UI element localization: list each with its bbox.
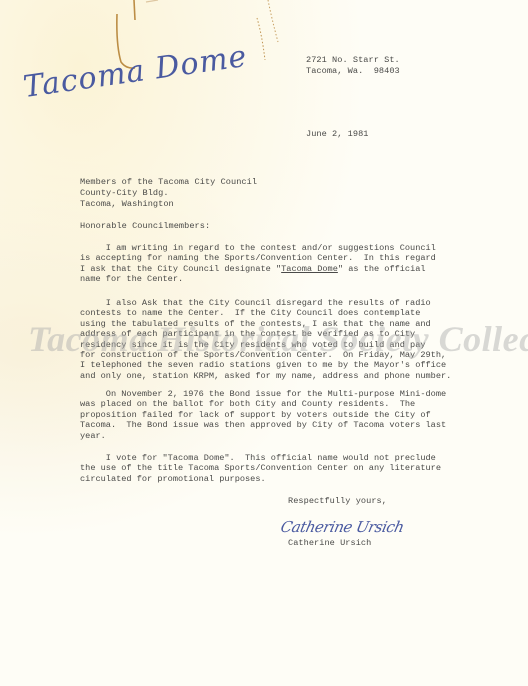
paragraph-line: the use of the title Tacoma Sports/Conve… — [80, 463, 500, 473]
paragraph-3: On November 2, 1976 the Bond issue for t… — [80, 389, 500, 441]
recipient-line-2: County-City Bldg. — [80, 188, 169, 198]
sender-city: Tacoma, Wa. 98403 — [306, 66, 400, 76]
paragraph-line: and only one, station KRPM, asked for my… — [80, 371, 500, 381]
paragraph-line: proposition failed for lack of support b… — [80, 410, 500, 420]
handwritten-note: Tacoma Dome — [21, 39, 249, 105]
letter-date: June 2, 1981 — [306, 129, 369, 139]
handwritten-signature: Catherine Ursich — [279, 518, 405, 536]
paragraph-line: year. — [80, 431, 500, 441]
typed-signature: Catherine Ursich — [288, 538, 371, 548]
paragraph-line: I vote for "Tacoma Dome". This official … — [80, 453, 500, 463]
paragraph-2: I also Ask that the City Council disrega… — [80, 298, 500, 381]
paragraph-line: address of each participant in the conte… — [80, 329, 500, 339]
sender-street: 2721 No. Starr St. — [306, 55, 400, 65]
paragraph-line: for construction of the Sports/Conventio… — [80, 350, 500, 360]
recipient-line-3: Tacoma, Washington — [80, 199, 174, 209]
recipient-line-1: Members of the Tacoma City Council — [80, 177, 257, 187]
paragraph-line: Tacoma. The Bond issue was then approved… — [80, 420, 500, 430]
paragraph-line: I telephoned the seven radio stations gi… — [80, 360, 500, 370]
letter-page: Tacoma Dome 2721 No. Starr St. Tacoma, W… — [0, 0, 528, 686]
paragraph-line: On November 2, 1976 the Bond issue for t… — [80, 389, 500, 399]
closing: Respectfully yours, — [288, 496, 387, 506]
paragraph-line: contests to name the Center. If the City… — [80, 308, 500, 318]
paragraph-line: I am writing in regard to the contest an… — [80, 243, 500, 253]
paragraph-text: " as the official — [338, 264, 426, 274]
paragraph-line: using the tabulated results of the conte… — [80, 319, 500, 329]
paragraph-line: I ask that the City Council designate "T… — [80, 264, 500, 274]
paragraph-text: I ask that the City Council designate " — [80, 264, 281, 274]
underlined-name: Tacoma Dome — [281, 264, 338, 274]
paragraph-line: I also Ask that the City Council disrega… — [80, 298, 500, 308]
paragraph-1: I am writing in regard to the contest an… — [80, 243, 500, 285]
salutation: Honorable Councilmembers: — [80, 221, 210, 231]
paragraph-line: name for the Center. — [80, 274, 500, 284]
paragraph-4: I vote for "Tacoma Dome". This official … — [80, 453, 500, 484]
paragraph-line: was placed on the ballot for both City a… — [80, 399, 500, 409]
paragraph-line: residency since it is the City residents… — [80, 340, 500, 350]
paragraph-line: is accepting for naming the Sports/Conve… — [80, 253, 500, 263]
paragraph-line: circulated for promotional purposes. — [80, 474, 500, 484]
